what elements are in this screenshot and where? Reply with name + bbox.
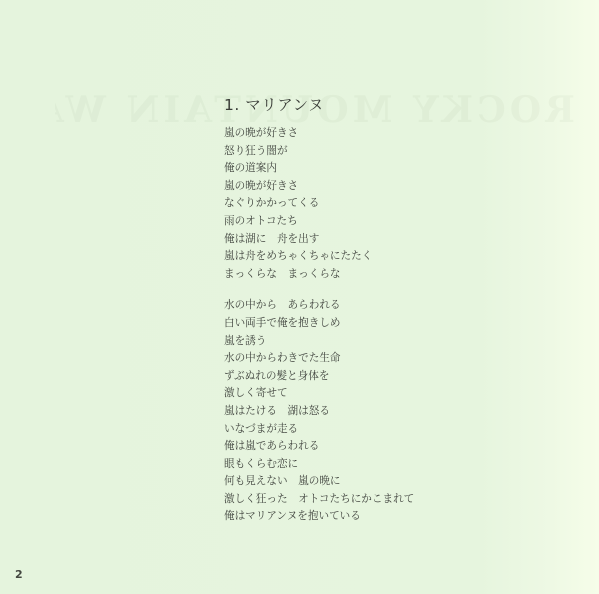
lyric-line: まっくらな まっくらな <box>224 266 414 284</box>
lyric-line: 俺は嵐であらわれる <box>224 438 414 456</box>
lyric-line: 嵐を誘う <box>224 333 414 351</box>
lyric-line: 激しく狂った オトコたちにかこまれて <box>224 491 414 509</box>
lyric-line: 激しく寄せて <box>224 385 414 403</box>
lyric-line: 何も見えない 嵐の晩に <box>224 473 414 491</box>
lyric-line: 俺はマリアンヌを抱いている <box>224 508 414 526</box>
lyric-line: 俺の道案内 <box>224 160 414 178</box>
lyrics-page: ROCKY MOUNTAIN WALK 1. マリアンヌ 嵐の晩が好きさ 怒り狂… <box>0 0 599 594</box>
lyric-line: 眼もくらむ恋に <box>224 456 414 474</box>
lyric-line: 怒り狂う闇が <box>224 143 414 161</box>
lyric-line: ずぶぬれの髪と身体を <box>224 368 414 386</box>
lyric-line: 雨のオトコたち <box>224 213 414 231</box>
lyric-line: いなづまが走る <box>224 421 414 439</box>
lyric-line: なぐりかかってくる <box>224 195 414 213</box>
lyric-line: 水の中からわきでた生命 <box>224 350 414 368</box>
lyric-line: 白い両手で俺を抱きしめ <box>224 315 414 333</box>
lyric-line: 嵐の晩が好きさ <box>224 178 414 196</box>
stanza-1: 嵐の晩が好きさ 怒り狂う闇が 俺の道案内 嵐の晩が好きさ なぐりかかってくる 雨… <box>224 125 414 283</box>
song-title: 1. マリアンヌ <box>224 93 324 115</box>
lyric-line: 水の中から あらわれる <box>224 297 414 315</box>
lyric-line: 嵐の晩が好きさ <box>224 125 414 143</box>
lyric-line: 俺は湖に 舟を出す <box>224 231 414 249</box>
lyrics-body: 嵐の晩が好きさ 怒り狂う闇が 俺の道案内 嵐の晩が好きさ なぐりかかってくる 雨… <box>224 125 414 540</box>
lyric-line: 嵐は舟をめちゃくちゃにたたく <box>224 248 414 266</box>
lyric-line: 嵐はたける 湖は怒る <box>224 403 414 421</box>
page-number: 2 <box>15 568 23 581</box>
stanza-2: 水の中から あらわれる 白い両手で俺を抱きしめ 嵐を誘う 水の中からわきでた生命… <box>224 297 414 526</box>
